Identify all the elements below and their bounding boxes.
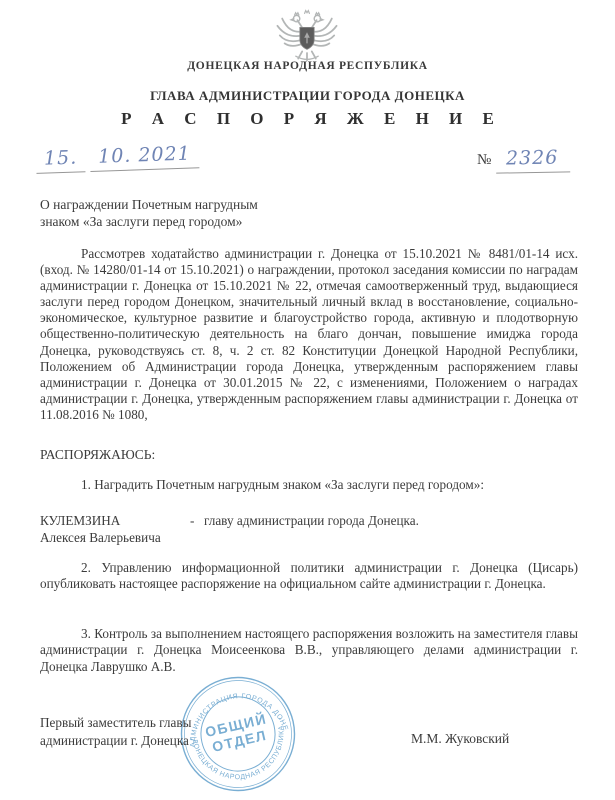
awardee-position: главу администрации города Донецка. [204, 512, 419, 546]
authority-name: ГЛАВА АДМИНИСТРАЦИИ ГОРОДА ДОНЕЦКА [0, 88, 615, 104]
signer-position: Первый заместитель главы администрации г… [40, 714, 191, 750]
order-word: РАСПОРЯЖАЮСЬ: [40, 447, 155, 463]
republic-name: ДОНЕЦКАЯ НАРОДНАЯ РЕСПУБЛИКА [0, 60, 615, 72]
document-number: №2326 [477, 147, 571, 173]
subject-line-1: О награждении Почетным нагрудным [40, 196, 370, 213]
awardee-block: КУЛЕМЗИНА Алексея Валерьевича - главу ад… [40, 512, 419, 546]
subject-line-2: знаком «За заслуги перед городом» [40, 213, 370, 230]
handwritten-date-day: 15. [36, 146, 86, 174]
awardee-dash: - [190, 512, 204, 546]
dnr-coat-of-arms-icon [267, 8, 347, 66]
signer-position-line-2: администрации г. Донецка [40, 732, 191, 750]
number-sign: № [477, 152, 492, 168]
preamble-paragraph: Рассмотрев ходатайство администрации г. … [40, 246, 578, 423]
document-page: ДОНЕЦКАЯ НАРОДНАЯ РЕСПУБЛИКА ГЛАВА АДМИН… [0, 0, 615, 800]
general-department-stamp: АДМИНИСТРАЦИЯ ГОРОДА ДОНЕЦКА ДОНЕЦКАЯ НА… [178, 674, 298, 794]
document-type-title: Р А С П О Р Я Ж Е Н И Е [0, 109, 615, 129]
signer-position-line-1: Первый заместитель главы [40, 714, 191, 732]
document-subject: О награждении Почетным нагрудным знаком … [40, 196, 370, 230]
handwritten-date: 15.10. 2021 [36, 142, 205, 174]
order-item-2: 2. Управлению информационной политики ад… [40, 560, 578, 593]
awardee-surname: КУЛЕМЗИНА [40, 512, 190, 529]
handwritten-date-month-year: 10. 2021 [90, 142, 199, 172]
awardee-name: КУЛЕМЗИНА Алексея Валерьевича [40, 512, 190, 546]
handwritten-number: 2326 [496, 146, 571, 173]
awardee-name-patronymic: Алексея Валерьевича [40, 529, 190, 546]
order-item-1: 1. Наградить Почетным нагрудным знаком «… [40, 477, 578, 493]
signer-name: М.М. Жуковский [411, 731, 509, 747]
order-item-3: 3. Контроль за выполнением настоящего ра… [40, 626, 578, 675]
